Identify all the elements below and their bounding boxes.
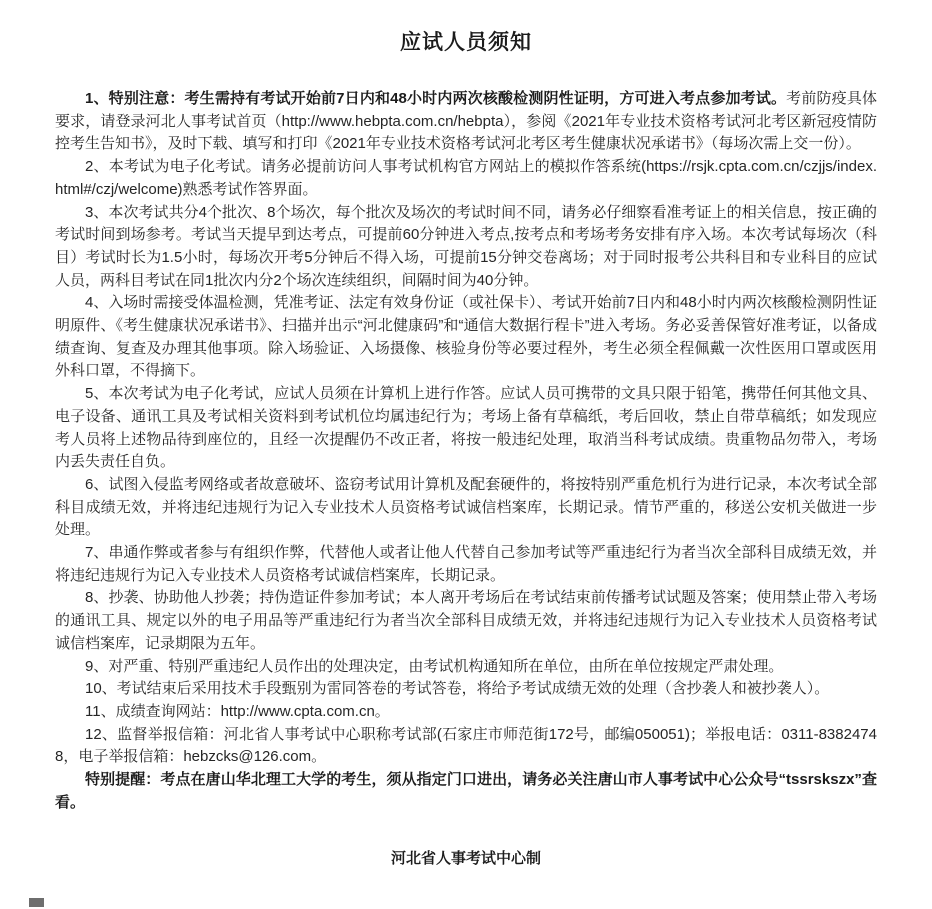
notice-document: 应试人员须知 1、特别注意：考生需持有考试开始前7日内和48小时内两次核酸检测阴… [0, 0, 932, 909]
paragraph-text: 4、入场时需接受体温检测，凭准考证、法定有效身份证（或社保卡）、考试开始前7日内… [55, 294, 877, 379]
notice-paragraph-8: 8、抄袭、协助他人抄袭；持伪造证件参加考试；本人离开考场后在考试结束前传播考试试… [55, 587, 877, 655]
notice-paragraph-12: 12、监督举报信箱：河北省人事考试中心职称考试部(石家庄市师范街172号，邮编0… [55, 724, 877, 769]
notice-paragraph-6: 6、试图入侵监考网络或者故意破坏、盗窃考试用计算机及配套硬件的，将按特别严重危机… [55, 474, 877, 542]
notice-paragraph-3: 3、本次考试共分4个批次、8个场次，每个批次及场次的考试时间不同，请务必仔细察看… [55, 202, 877, 293]
notice-paragraph-2: 2、本考试为电子化考试。请务必提前访问人事考试机构官方网站上的模拟作答系统(ht… [55, 156, 877, 201]
notice-paragraph-7: 7、串通作弊或者参与有组织作弊，代替他人或者让他人代替自己参加考试等严重违纪行为… [55, 542, 877, 587]
notice-paragraph-special-reminder: 特别提醒：考点在唐山华北理工大学的考生，须从指定门口进出，请务必关注唐山市人事考… [55, 769, 877, 814]
paragraph-text: 10、考试结束后采用技术手段甄别为雷同答卷的考试答卷，将给予考试成绩无效的处理（… [85, 680, 829, 697]
notice-body: 1、特别注意：考生需持有考试开始前7日内和48小时内两次核酸检测阴性证明，方可进… [0, 88, 932, 815]
notice-paragraph-5: 5、本次考试为电子化考试，应试人员须在计算机上进行作答。应试人员可携带的文具只限… [55, 383, 877, 474]
paragraph-lead: 特别提醒：考点在唐山华北理工大学的考生，须从指定门口进出，请务必关注唐山市人事考… [55, 771, 877, 811]
notice-paragraph-10: 10、考试结束后采用技术手段甄别为雷同答卷的考试答卷，将给予考试成绩无效的处理（… [55, 678, 877, 701]
paragraph-lead: 1、特别注意：考生需持有考试开始前7日内和48小时内两次核酸检测阴性证明，方可进… [85, 90, 786, 107]
paragraph-text: 8、抄袭、协助他人抄袭；持伪造证件参加考试；本人离开考场后在考试结束前传播考试试… [55, 589, 877, 651]
paragraph-text: 2、本考试为电子化考试。请务必提前访问人事考试机构官方网站上的模拟作答系统(ht… [55, 158, 877, 198]
document-footer: 河北省人事考试中心制 [0, 847, 932, 868]
paragraph-text: 9、对严重、特别严重违纪人员作出的处理决定，由考试机构通知所在单位，由所在单位按… [85, 658, 783, 675]
paragraph-text: 11、成绩查询网站：http://www.cpta.com.cn。 [85, 703, 390, 720]
notice-paragraph-9: 9、对严重、特别严重违纪人员作出的处理决定，由考试机构通知所在单位，由所在单位按… [55, 656, 877, 679]
notice-paragraph-1: 1、特别注意：考生需持有考试开始前7日内和48小时内两次核酸检测阴性证明，方可进… [55, 88, 877, 156]
page-title: 应试人员须知 [0, 26, 932, 56]
paragraph-text: 12、监督举报信箱：河北省人事考试中心职称考试部(石家庄市师范街172号，邮编0… [55, 726, 877, 766]
paragraph-text: 6、试图入侵监考网络或者故意破坏、盗窃考试用计算机及配套硬件的，将按特别严重危机… [55, 476, 877, 538]
paragraph-text: 5、本次考试为电子化考试，应试人员须在计算机上进行作答。应试人员可携带的文具只限… [55, 385, 877, 470]
cropped-element-artifact [29, 898, 44, 907]
notice-paragraph-11: 11、成绩查询网站：http://www.cpta.com.cn。 [55, 701, 877, 724]
paragraph-text: 3、本次考试共分4个批次、8个场次，每个批次及场次的考试时间不同，请务必仔细察看… [55, 204, 877, 289]
notice-paragraph-4: 4、入场时需接受体温检测，凭准考证、法定有效身份证（或社保卡）、考试开始前7日内… [55, 292, 877, 383]
paragraph-text: 7、串通作弊或者参与有组织作弊，代替他人或者让他人代替自己参加考试等严重违纪行为… [55, 544, 877, 584]
